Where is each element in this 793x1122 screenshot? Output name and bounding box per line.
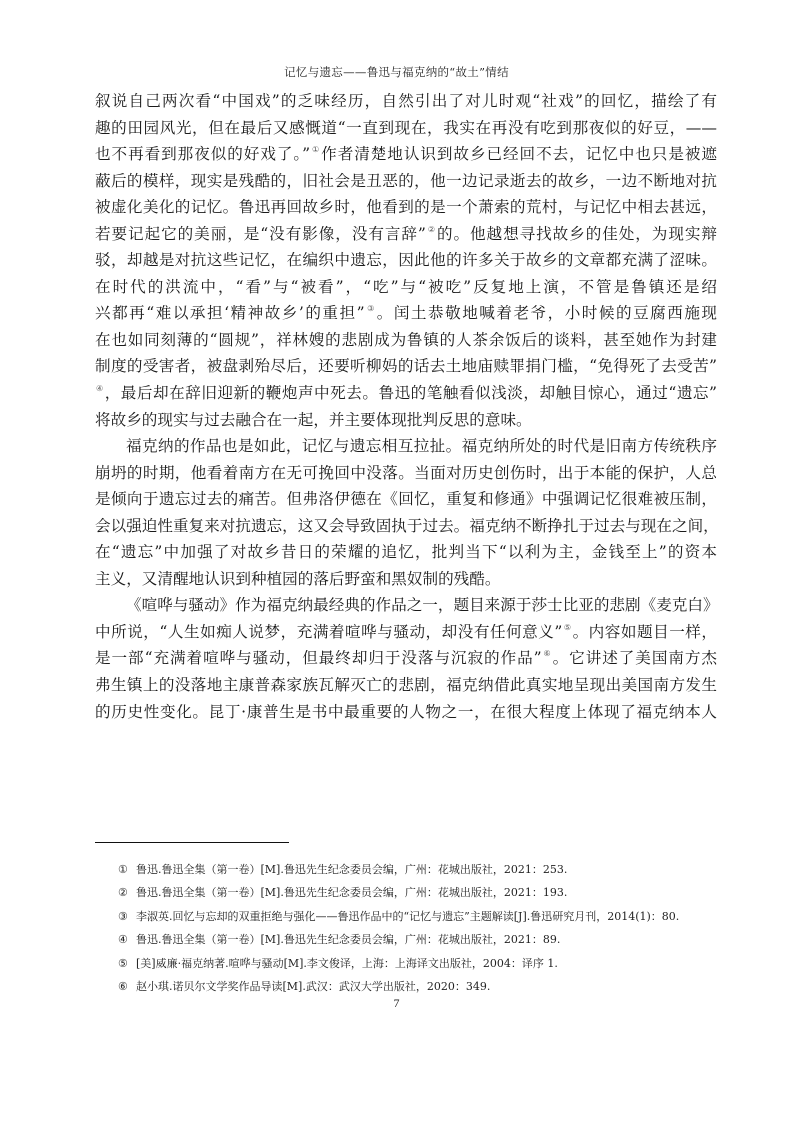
line-text: 在也如同刻薄的“圆规”，祥林嫂的悲剧成为鲁镇的人茶余饭后的谈料，甚至她作为封建 — [95, 331, 717, 349]
text-line: 在时代的洪流中，“看”与“被看”，“吃”与“被吃”反复地上演，不管是鲁镇还是绍 — [95, 274, 717, 301]
line-text: 是倾向于遗忘过去的痛苦。但弗洛伊德在《回忆，重复和修通》中强调记忆很难被压制， — [95, 490, 717, 508]
text-line: 会以强迫性重复来对抗遗忘，这又会导致固执于过去。福克纳不断挣扎于过去与现在之间， — [95, 513, 717, 540]
footnote-number: ⑤ — [118, 952, 136, 975]
text-line: 主义，又清醒地认识到种植园的落后野蛮和黑奴制的残酷。 — [95, 566, 717, 593]
footnote-text: 鲁迅.鲁迅全集（第一卷）[M].鲁迅先生纪念委员会编，广州：花城出版社，2021… — [136, 933, 560, 946]
line-text: 也不再看到那夜似的好戏了。” — [95, 145, 310, 163]
line-text: 被虚化美化的记忆。鲁迅再回故乡时，他看到的是一个萧索的荒村，与记忆中相去甚远， — [95, 198, 717, 216]
line-text: 福克纳的作品也是如此，记忆与遗忘相互拉扯。福克纳所处的时代是旧南方传统秩序 — [126, 437, 717, 455]
body-text: 叙说自己两次看“中国戏”的乏味经历，自然引出了对儿时观“社戏”的回忆，描绘了有趣… — [95, 88, 717, 725]
line-text: 作者清楚地认识到故乡已经回不去，记忆中也只是被遮 — [321, 145, 717, 163]
running-header: 记忆与遗忘——鲁迅与福克纳的“故土”情结 — [0, 64, 793, 80]
footnote-ref[interactable]: ③ — [366, 304, 376, 313]
footnote: ⑥赵小琪.诺贝尔文学奖作品导读[M].武汉：武汉大学出版社，2020：349. — [118, 975, 738, 998]
text-line: 福克纳的作品也是如此，记忆与遗忘相互拉扯。福克纳所处的时代是旧南方传统秩序 — [95, 433, 717, 460]
text-line: 驳，却越是对抗这些记忆，在编织中遗忘，因此他的许多关于故乡的文章都充满了涩味。 — [95, 247, 717, 274]
line-text: 会以强迫性重复来对抗遗忘，这又会导致固执于过去。福克纳不断挣扎于过去与现在之间， — [95, 517, 719, 535]
footnote-text: 鲁迅.鲁迅全集（第一卷）[M].鲁迅先生纪念委员会编，广州：花城出版社，2021… — [136, 863, 567, 876]
footnote-number: ① — [118, 858, 136, 881]
text-line: 是一部“充满着喧哗与骚动，但最终却归于没落与沉寂的作品”⑥。它讲述了美国南方杰 — [95, 645, 717, 672]
text-line: 制度的受害者，被盘剥殆尽后，还要听柳妈的话去土地庙赎罪捐门槛，“免得死了去受苦” — [95, 353, 717, 380]
footnote-text: 鲁迅.鲁迅全集（第一卷）[M].鲁迅先生纪念委员会编，广州：花城出版社，2021… — [136, 886, 567, 899]
line-text: 的历史性变化。昆丁·康普生是书中最重要的人物之一，在很大程度上体现了福克纳本人 — [95, 703, 717, 721]
text-line: 若要记起它的美丽，是“没有影像，没有言辞”②的。他越想寻找故乡的佳处，为现实辩 — [95, 221, 717, 248]
line-text: 兴都再“难以承担‘精神故乡’的重担” — [95, 304, 365, 322]
text-line: 被虚化美化的记忆。鲁迅再回故乡时，他看到的是一个萧索的荒村，与记忆中相去甚远， — [95, 194, 717, 221]
line-text: ，最后却在辞旧迎新的鞭炮声中死去。鲁迅的笔触看似浅淡，却触目惊心，通过“遗忘” — [105, 384, 717, 402]
text-line: 在也如同刻薄的“圆规”，祥林嫂的悲剧成为鲁镇的人茶余饭后的谈料，甚至她作为封建 — [95, 327, 717, 354]
text-line: 的历史性变化。昆丁·康普生是书中最重要的人物之一，在很大程度上体现了福克纳本人 — [95, 699, 717, 726]
text-line: 崩坍的时期，他看着南方在无可挽回中没落。当面对历史创伤时，出于本能的保护，人总 — [95, 460, 717, 487]
line-text: 在时代的洪流中，“看”与“被看”，“吃”与“被吃”反复地上演，不管是鲁镇还是绍 — [95, 278, 717, 296]
text-line: 《喧哗与骚动》作为福克纳最经典的作品之一，题目来源于莎士比亚的悲剧《麦克白》 — [95, 592, 717, 619]
footnote: ④鲁迅.鲁迅全集（第一卷）[M].鲁迅先生纪念委员会编，广州：花城出版社，202… — [118, 928, 738, 951]
text-line: 兴都再“难以承担‘精神故乡’的重担”③。闰土恭敬地喊着老爷，小时候的豆腐西施现 — [95, 300, 717, 327]
line-text: 。内容如题目一样， — [573, 623, 717, 641]
line-text: 弗生镇上的没落地主康普森家族瓦解灭亡的悲剧，福克纳借此真实地呈现出美国南方发生 — [95, 676, 717, 694]
footnote-number: ④ — [118, 928, 136, 951]
footnote-number: ⑥ — [118, 975, 136, 998]
footnote-text: [美]威廉·福克纳著.喧哗与骚动[M].李文俊译，上海：上海译文出版社，2004… — [136, 957, 558, 970]
footnote-ref[interactable]: ④ — [96, 384, 104, 393]
text-line: 是倾向于遗忘过去的痛苦。但弗洛伊德在《回忆，重复和修通》中强调记忆很难被压制， — [95, 486, 717, 513]
line-text: 若要记起它的美丽，是“没有影像，没有言辞” — [95, 225, 426, 243]
line-text: 。它讲述了美国南方杰 — [553, 649, 717, 667]
text-line: 也不再看到那夜似的好戏了。”①作者清楚地认识到故乡已经回不去，记忆中也只是被遮 — [95, 141, 717, 168]
footnote-ref[interactable]: ① — [311, 145, 320, 154]
line-text: 中所说，“人生如痴人说梦，充满着喧哗与骚动，却没有任何意义” — [95, 623, 562, 641]
text-line: 在“遗忘”中加强了对故乡昔日的荣耀的追忆，批判当下“以利为主，金钱至上”的资本 — [95, 539, 717, 566]
text-line: ④，最后却在辞旧迎新的鞭炮声中死去。鲁迅的笔触看似浅淡，却触目惊心，通过“遗忘” — [95, 380, 717, 407]
footnote-ref[interactable]: ⑤ — [563, 623, 571, 632]
line-text: 崩坍的时期，他看着南方在无可挽回中没落。当面对历史创伤时，出于本能的保护，人总 — [95, 464, 717, 482]
footnote-ref[interactable]: ② — [427, 225, 436, 234]
text-line: 将故乡的现实与过去融合在一起，并主要体现批判反思的意味。 — [95, 407, 717, 434]
line-text: 叙说自己两次看“中国戏”的乏味经历，自然引出了对儿时观“社戏”的回忆，描绘了有 — [95, 92, 717, 110]
page-number: 7 — [0, 996, 793, 1011]
footnotes: ①鲁迅.鲁迅全集（第一卷）[M].鲁迅先生纪念委员会编，广州：花城出版社，202… — [118, 858, 738, 998]
line-text: 将故乡的现实与过去融合在一起，并主要体现批判反思的意味。 — [95, 411, 532, 429]
text-line: 蔽后的模样，现实是残酷的，旧社会是丑恶的，他一边记录逝去的故乡，一边不断地对抗 — [95, 168, 717, 195]
line-text: 《喧哗与骚动》作为福克纳最经典的作品之一，题目来源于莎士比亚的悲剧《麦克白》 — [126, 596, 719, 614]
line-text: 主义，又清醒地认识到种植园的落后野蛮和黑奴制的残酷。 — [95, 570, 500, 588]
line-text: 是一部“充满着喧哗与骚动，但最终却归于没落与沉寂的作品” — [95, 649, 542, 667]
footnote-text: 赵小琪.诺贝尔文学奖作品导读[M].武汉：武汉大学出版社，2020：349. — [136, 980, 490, 993]
line-text: 。闰土恭敬地喊着老爷，小时候的豆腐西施现 — [377, 304, 717, 322]
footnote-ref[interactable]: ⑥ — [543, 649, 552, 658]
footnote: ⑤[美]威廉·福克纳著.喧哗与骚动[M].李文俊译，上海：上海译文出版社，200… — [118, 952, 738, 975]
footnote: ③李淑英.回忆与忘却的双重拒绝与强化——鲁迅作品中的“记忆与遗忘”主题解读[J]… — [118, 905, 738, 928]
line-text: 的。他越想寻找故乡的佳处，为现实辩 — [437, 225, 717, 243]
footnote: ①鲁迅.鲁迅全集（第一卷）[M].鲁迅先生纪念委员会编，广州：花城出版社，202… — [118, 858, 738, 881]
text-line: 弗生镇上的没落地主康普森家族瓦解灭亡的悲剧，福克纳借此真实地呈现出美国南方发生 — [95, 672, 717, 699]
text-line: 叙说自己两次看“中国戏”的乏味经历，自然引出了对儿时观“社戏”的回忆，描绘了有 — [95, 88, 717, 115]
footnote-separator — [95, 842, 289, 843]
footnote-text: 李淑英.回忆与忘却的双重拒绝与强化——鲁迅作品中的“记忆与遗忘”主题解读[J].… — [136, 910, 679, 923]
line-text: 制度的受害者，被盘剥殆尽后，还要听柳妈的话去土地庙赎罪捐门槛，“免得死了去受苦” — [95, 357, 717, 375]
footnote-number: ③ — [118, 905, 136, 928]
footnote: ②鲁迅.鲁迅全集（第一卷）[M].鲁迅先生纪念委员会编，广州：花城出版社，202… — [118, 881, 738, 904]
line-text: 蔽后的模样，现实是残酷的，旧社会是丑恶的，他一边记录逝去的故乡，一边不断地对抗 — [95, 172, 717, 190]
line-text: 趣的田园风光，但在最后又感慨道“一直到现在，我实在再没有吃到那夜似的好豆，—— — [95, 119, 717, 137]
line-text: 在“遗忘”中加强了对故乡昔日的荣耀的追忆，批判当下“以利为主，金钱至上”的资本 — [95, 543, 717, 561]
text-line: 趣的田园风光，但在最后又感慨道“一直到现在，我实在再没有吃到那夜似的好豆，—— — [95, 115, 717, 142]
footnote-number: ② — [118, 881, 136, 904]
text-line: 中所说，“人生如痴人说梦，充满着喧哗与骚动，却没有任何意义”⑤。内容如题目一样， — [95, 619, 717, 646]
line-text: 驳，却越是对抗这些记忆，在编织中遗忘，因此他的许多关于故乡的文章都充满了涩味。 — [95, 251, 717, 269]
